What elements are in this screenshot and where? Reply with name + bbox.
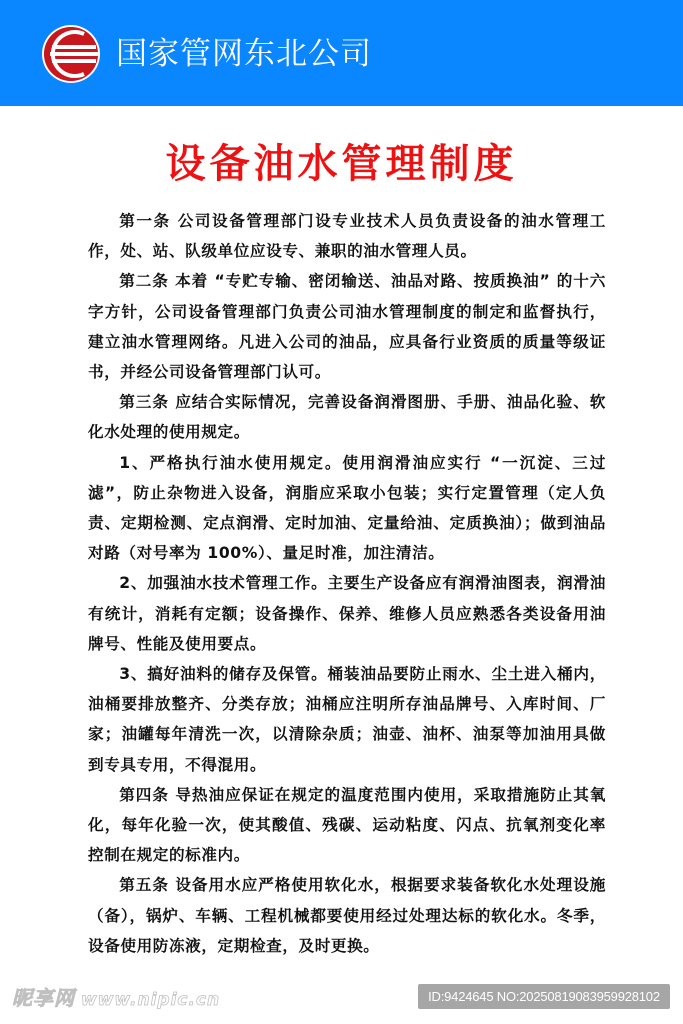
article-3-item-3: 3、搞好油料的储存及保管。桶装油品要防止雨水、尘土进入桶内，油桶要排放整齐、分类… [88, 659, 606, 780]
watermark: 昵享网www.nipic.cn [12, 982, 220, 1011]
company-name: 国家管网东北公司 [116, 30, 372, 78]
watermark-url: www.nipic.cn [81, 990, 220, 1010]
header-banner: 国家管网东北公司 [0, 0, 683, 106]
article-3-item-2: 2、加强油水技术管理工作。主要生产设备应有润滑油图表，润滑油有统计，消耗有定额；… [88, 568, 606, 659]
document-body: 第一条 公司设备管理部门设专业技术人员负责设备的油水管理工作，处、站、队级单位应… [88, 206, 606, 961]
article-2: 第二条 本着 “专贮专输、密闭输送、油品对路、按质换油” 的十六字方针，公司设备… [88, 266, 606, 387]
company-logo-icon [44, 27, 98, 81]
article-3-item-1: 1、严格执行油水使用规定。使用润滑油应实行 “一沉淀、三过滤”，防止杂物进入设备… [88, 448, 606, 569]
document-title: 设备油水管理制度 [0, 136, 683, 192]
article-5: 第五条 设备用水应严格使用软化水，根据要求装备软化水处理设施（备），锅炉、车辆、… [88, 870, 606, 961]
article-3: 第三条 应结合实际情况，完善设备润滑图册、手册、油品化验、软化水处理的使用规定。 [88, 387, 606, 447]
image-id-badge: ID:9424645 NO:20250819083959928102 [418, 984, 670, 1009]
article-4: 第四条 导热油应保证在规定的温度范围内使用，采取措施防止其氧化，每年化验一次，使… [88, 780, 606, 871]
article-1: 第一条 公司设备管理部门设专业技术人员负责设备的油水管理工作，处、站、队级单位应… [88, 206, 606, 266]
watermark-brand: 昵享网 [12, 986, 75, 1010]
